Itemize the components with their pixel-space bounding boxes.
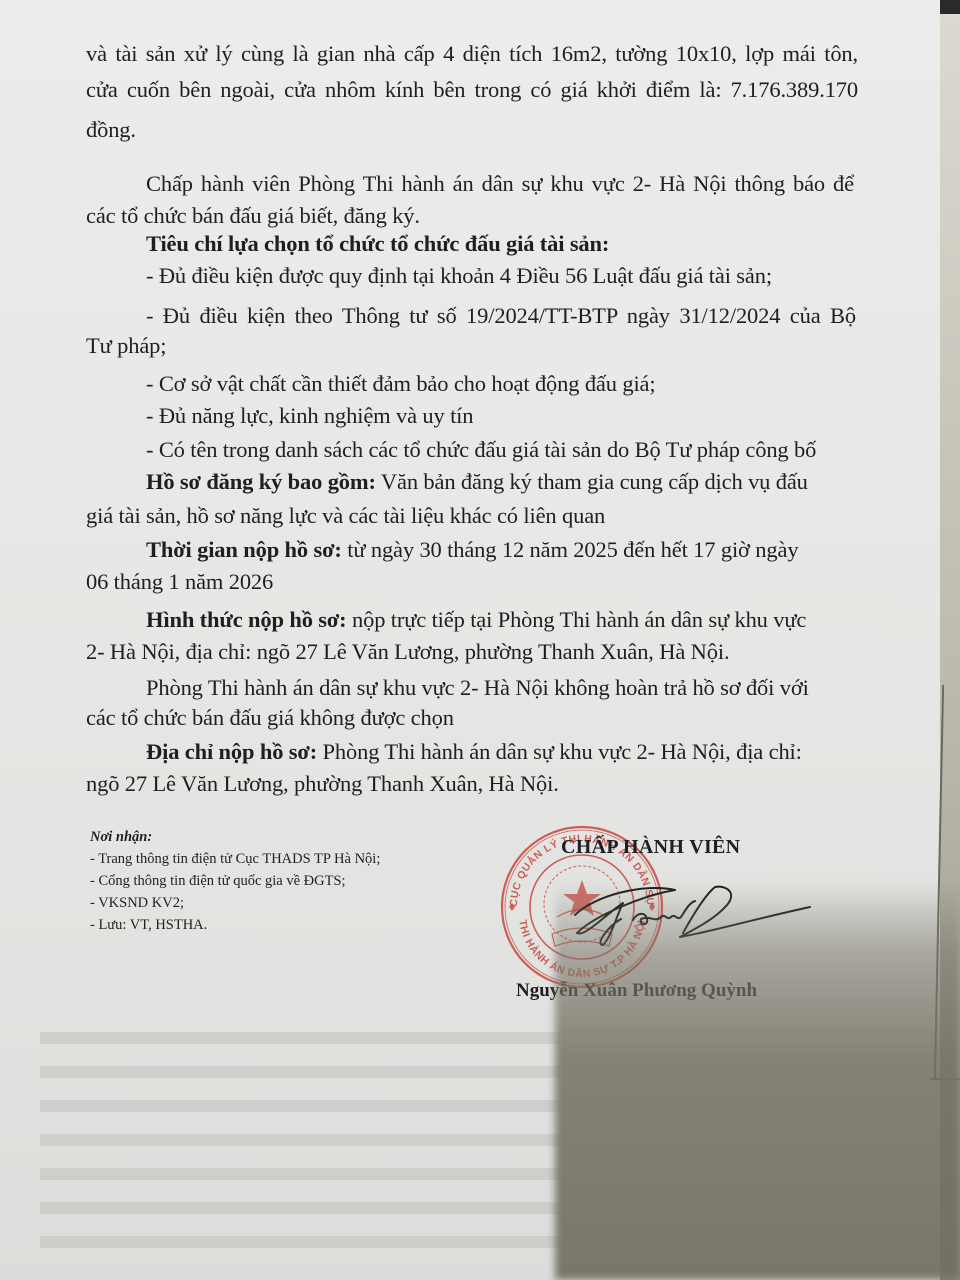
criteria-item: - Cơ sở vật chất cần thiết đảm bảo cho h…: [146, 370, 655, 398]
body-line: cửa cuốn bên ngoài, cửa nhôm kính bên tr…: [86, 76, 858, 104]
method-text: nộp trực tiếp tại Phòng Thi hành án dân …: [347, 607, 807, 632]
dossier-paragraph: Hồ sơ đăng ký bao gồm: Văn bản đăng ký t…: [146, 468, 808, 496]
address-text-cont: ngõ 27 Lê Văn Lương, phường Thanh Xuân, …: [86, 770, 559, 798]
recipient-item: - Trang thông tin điện tử Cục THADS TP H…: [90, 848, 380, 870]
recipient-item: - Cổng thông tin điện tử quốc gia về ĐGT…: [90, 870, 380, 892]
method-paragraph: Hình thức nộp hồ sơ: nộp trực tiếp tại P…: [146, 606, 806, 634]
deadline-paragraph: Thời gian nộp hồ sơ: từ ngày 30 tháng 12…: [146, 536, 798, 564]
criteria-item: - Đủ điều kiện theo Thông tư số 19/2024/…: [146, 302, 856, 330]
recipients-title: Nơi nhận:: [90, 826, 380, 848]
recipient-item: - Lưu: VT, HSTHA.: [90, 914, 380, 936]
method-label: Hình thức nộp hồ sơ:: [146, 607, 347, 632]
body-line: Chấp hành viên Phòng Thi hành án dân sự …: [146, 170, 854, 198]
method-text-cont: 2- Hà Nội, địa chỉ: ngõ 27 Lê Văn Lương,…: [86, 638, 729, 666]
dossier-label: Hồ sơ đăng ký bao gồm:: [146, 469, 376, 494]
deadline-text-cont: 06 tháng 1 năm 2026: [86, 568, 273, 596]
dossier-text-cont: giá tài sản, hồ sơ năng lực và các tài l…: [86, 502, 605, 530]
deadline-label: Thời gian nộp hồ sơ:: [146, 537, 342, 562]
no-return-text-cont: các tổ chức bán đấu giá không được chọn: [86, 704, 454, 732]
body-line: các tổ chức bán đấu giá biết, đăng ký.: [86, 202, 420, 230]
criteria-item: Tư pháp;: [86, 332, 166, 360]
signatory-title: CHẤP HÀNH VIÊN: [561, 836, 740, 859]
criteria-item: - Có tên trong danh sách các tổ chức đấu…: [146, 436, 816, 464]
show-through-text: [40, 1010, 560, 1260]
recipients-block: Nơi nhận: - Trang thông tin điện tử Cục …: [90, 826, 380, 936]
criteria-item: - Đủ năng lực, kinh nghiệm và uy tín: [146, 402, 473, 430]
address-text: Phòng Thi hành án dân sự khu vực 2- Hà N…: [317, 739, 802, 764]
address-paragraph: Địa chỉ nộp hồ sơ: Phòng Thi hành án dân…: [146, 738, 802, 766]
no-return-text: Phòng Thi hành án dân sự khu vực 2- Hà N…: [146, 674, 809, 702]
body-line: đồng.: [86, 116, 136, 144]
photo-shadow: [555, 880, 960, 1280]
criteria-heading: Tiêu chí lựa chọn tổ chức tổ chức đấu gi…: [146, 230, 609, 258]
recipient-item: - VKSND KV2;: [90, 892, 380, 914]
criteria-item: - Đủ điều kiện được quy định tại khoản 4…: [146, 262, 772, 290]
deadline-text: từ ngày 30 tháng 12 năm 2025 đến hết 17 …: [342, 537, 799, 562]
address-label: Địa chỉ nộp hồ sơ:: [146, 739, 317, 764]
dossier-text: Văn bản đăng ký tham gia cung cấp dịch v…: [376, 469, 808, 494]
body-line: và tài sản xử lý cùng là gian nhà cấp 4 …: [86, 40, 858, 68]
